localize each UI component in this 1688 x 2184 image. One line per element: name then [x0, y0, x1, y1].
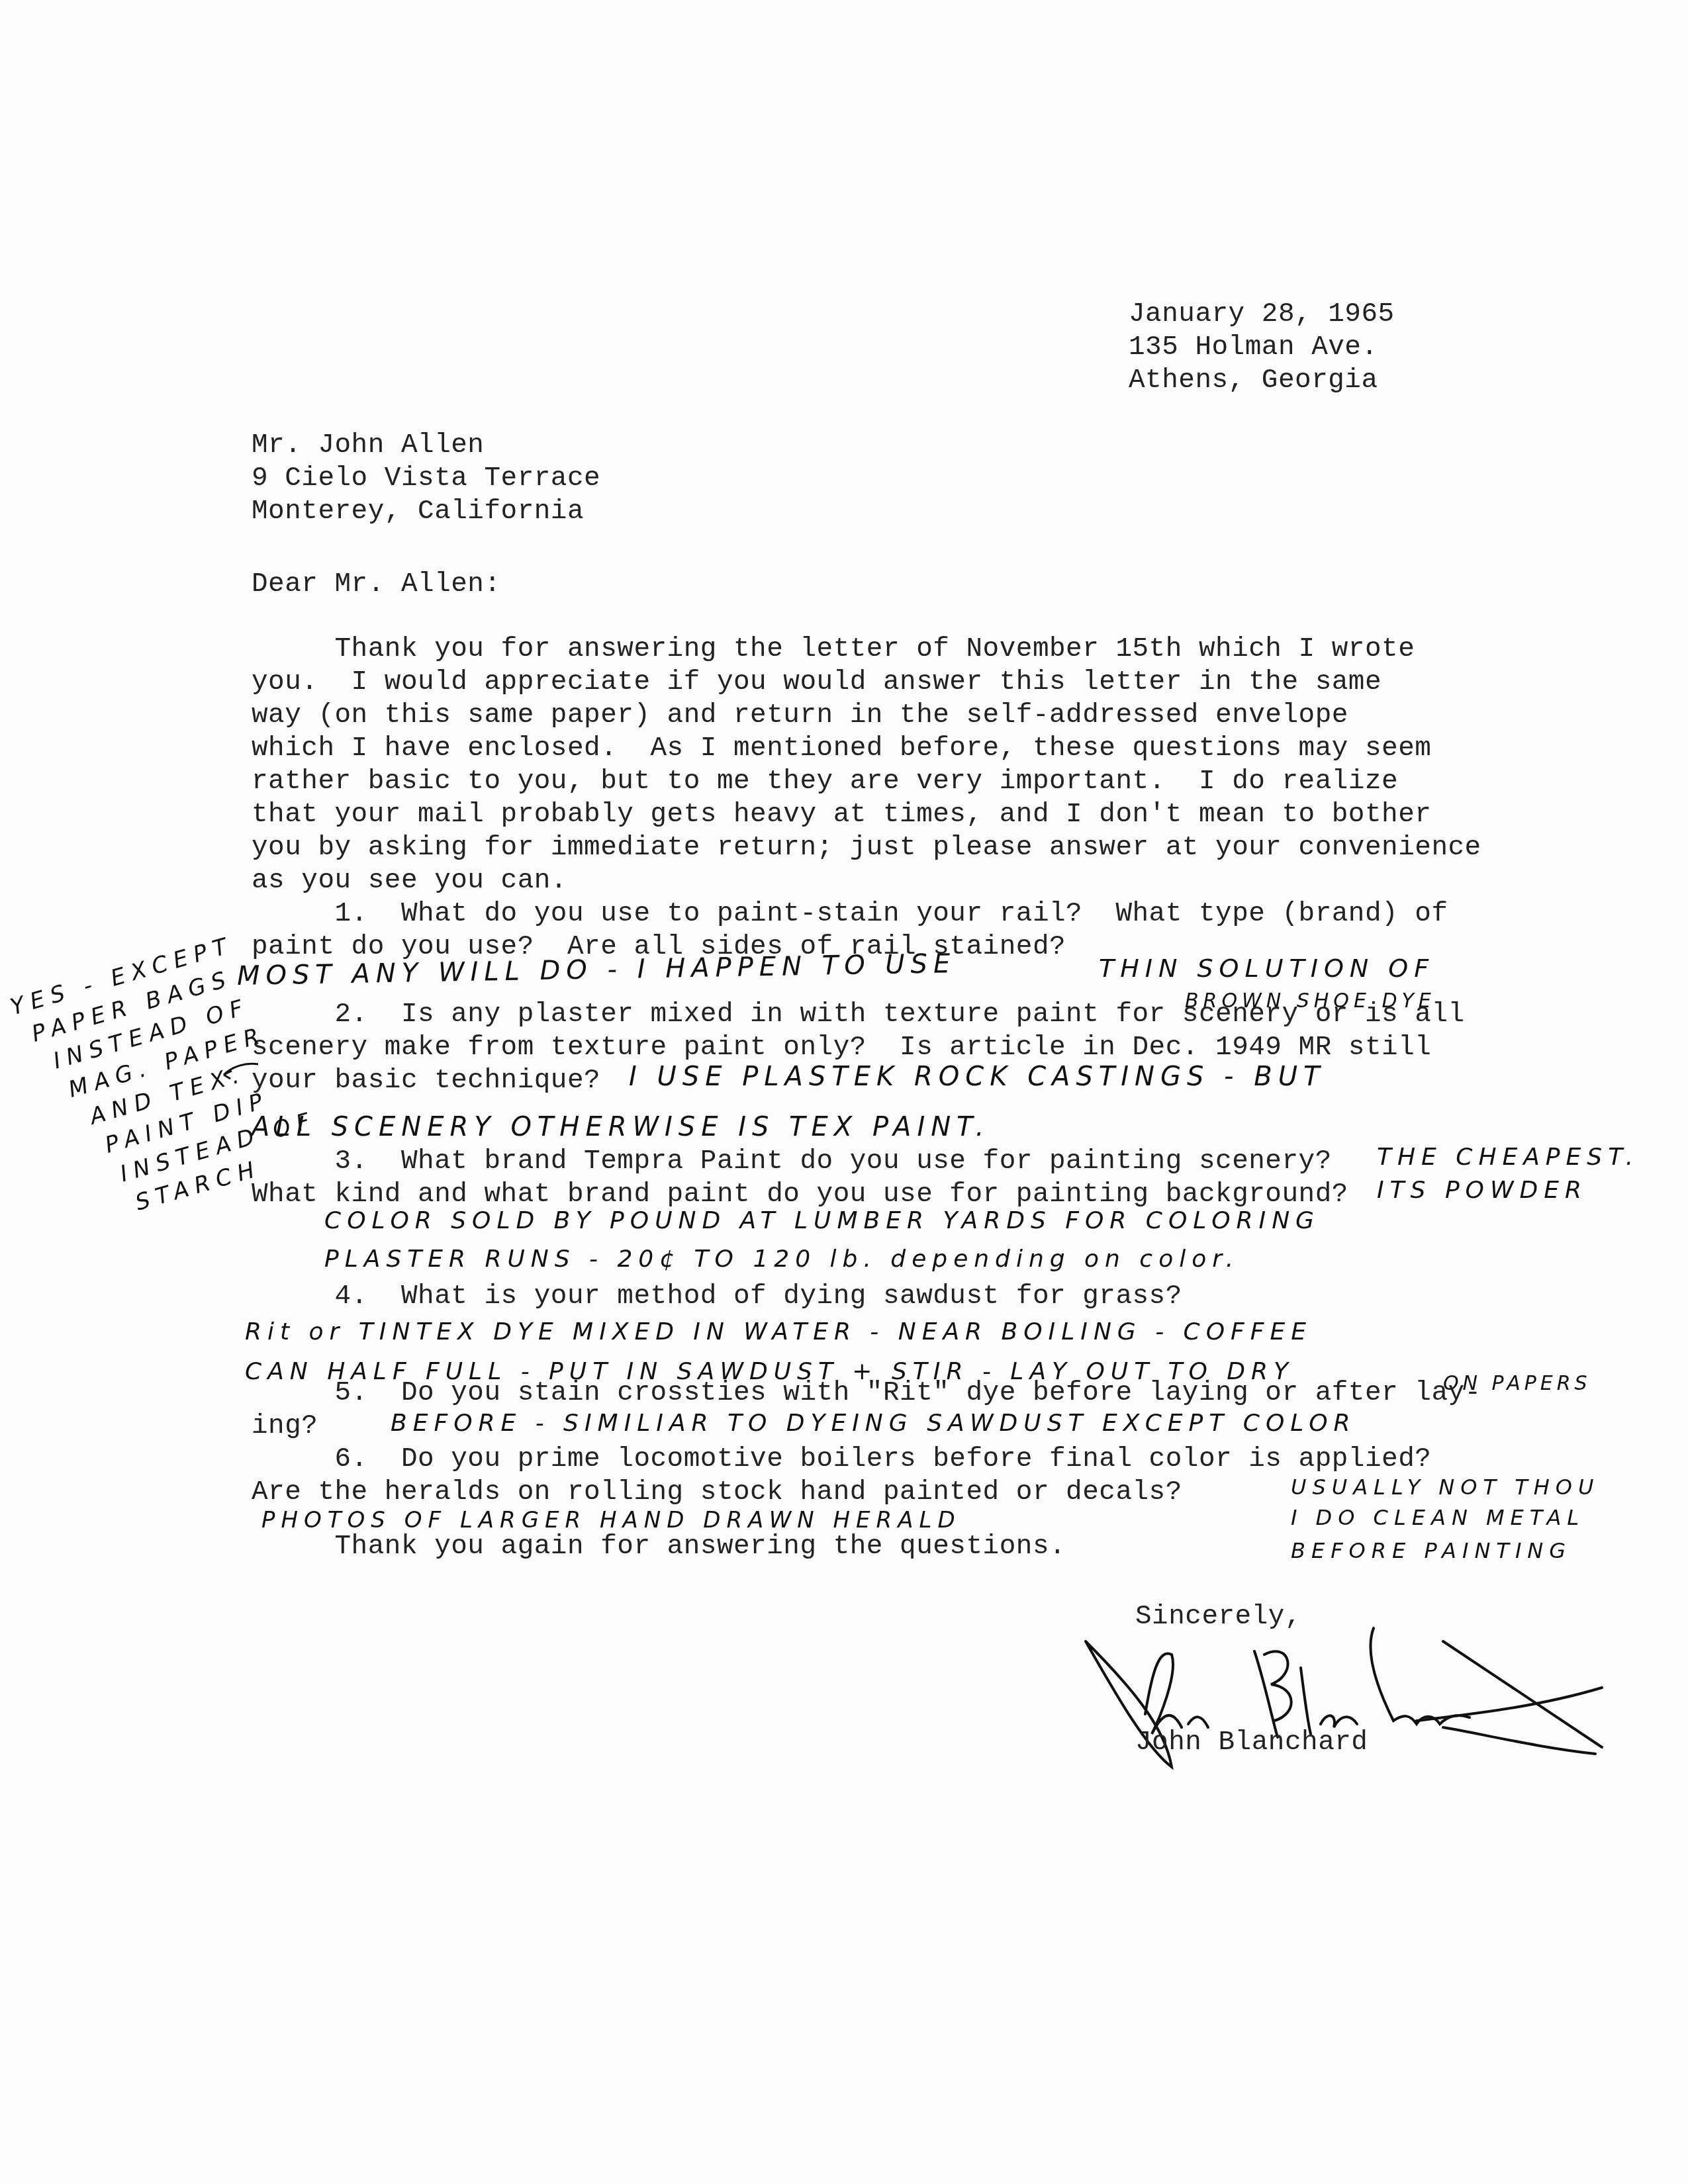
intro-line: which I have enclosed. As I mentioned be… [252, 732, 1431, 765]
recipient-city: Monterey, California [252, 495, 584, 528]
intro-line: rather basic to you, but to me they are … [252, 765, 1398, 798]
sender-street: 135 Holman Ave. [1129, 331, 1378, 364]
question-4: 4. What is your method of dying sawdust … [252, 1280, 1182, 1313]
question-1: 1. What do you use to paint-stain your r… [252, 897, 1448, 931]
letter-date: January 28, 1965 [1129, 298, 1395, 331]
answer-3: COLOR SOLD BY POUND AT LUMBER YARDS FOR … [324, 1206, 1320, 1236]
closing-line: Thank you again for answering the questi… [252, 1530, 1066, 1563]
answer-3: THE CHEAPEST. [1377, 1142, 1639, 1173]
letter-page: January 28, 1965 135 Holman Ave. Athens,… [0, 0, 1688, 2184]
answer-2: ALL SCENERY OTHERWISE IS TEX PAINT. [252, 1112, 990, 1142]
question-2: 2. Is any plaster mixed in with texture … [252, 998, 1465, 1031]
answer-6: I DO CLEAN METAL [1291, 1502, 1585, 1533]
intro-line: way (on this same paper) and return in t… [252, 699, 1348, 732]
question-6: Are the heralds on rolling stock hand pa… [252, 1476, 1182, 1509]
answer-4: Rit or TINTEX DYE MIXED IN WATER - NEAR … [245, 1317, 1312, 1347]
answer-1: THIN SOLUTION OF [1099, 953, 1434, 983]
sender-city: Athens, Georgia [1129, 364, 1378, 397]
question-5: 5. Do you stain crossties with "Rit" dye… [252, 1377, 1481, 1410]
question-6: 6. Do you prime locomotive boilers befor… [252, 1443, 1431, 1476]
question-5: ing? [252, 1410, 318, 1443]
intro-line: you by asking for immediate return; just… [252, 831, 1481, 864]
recipient-street: 9 Cielo Vista Terrace [252, 462, 600, 495]
intro-line: you. I would appreciate if you would ans… [252, 666, 1382, 699]
signature-name: John Blanchard [1135, 1726, 1368, 1759]
answer-5: BEFORE - SIMILIAR TO DYEING SAWDUST EXCE… [391, 1408, 1356, 1439]
arrow-mark-icon [218, 1059, 265, 1085]
intro-line: Thank you for answering the letter of No… [252, 633, 1415, 666]
answer-6: BEFORE PAINTING [1291, 1535, 1571, 1566]
answer-3: ITS POWDER [1377, 1175, 1587, 1206]
question-3: 3. What brand Tempra Paint do you use fo… [252, 1145, 1332, 1178]
salutation: Dear Mr. Allen: [252, 568, 501, 601]
answer-6: USUALLY NOT THOU [1291, 1472, 1599, 1502]
answer-3: PLASTER RUNS - 20¢ TO 120 lb. depending … [324, 1244, 1239, 1275]
intro-line: that your mail probably gets heavy at ti… [252, 798, 1431, 831]
answer-2: I USE PLASTEK ROCK CASTINGS - BUT [629, 1062, 1325, 1092]
question-2: scenery make from texture paint only? Is… [252, 1031, 1431, 1064]
intro-line: as you see you can. [252, 864, 567, 897]
recipient-name: Mr. John Allen [252, 429, 484, 462]
